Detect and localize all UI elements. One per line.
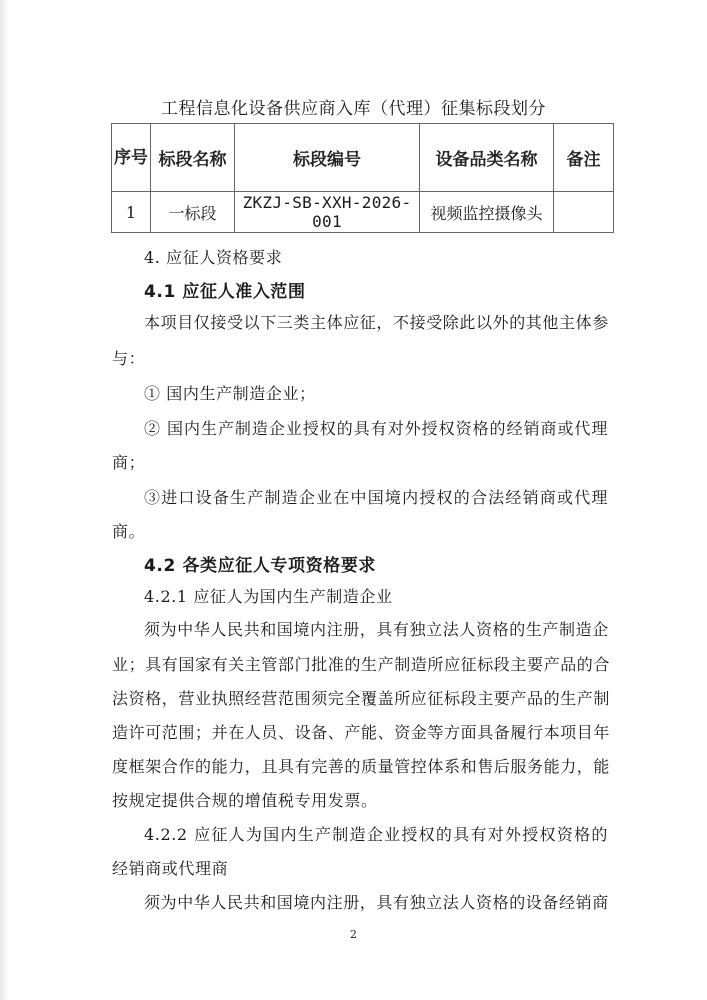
- header-index: 序号: [112, 124, 151, 192]
- paragraph-line: 业；具有国家有关主管部门批准的生产制造所应征标段主要产品的合: [112, 652, 608, 675]
- table-title: 工程信息化设备供应商入库（代理）征集标段划分: [0, 94, 707, 119]
- paragraph-line: 造许可范围；并在人员、设备、产能、资金等方面具备履行本项目年: [112, 720, 608, 743]
- paragraph-line: 按规定提供合规的增值税专用发票。: [112, 788, 378, 811]
- intro-line-1: 本项目仅接受以下三类主体应征，不接受除此以外的其他主体参: [112, 310, 608, 333]
- header-remarks: 备注: [554, 124, 614, 192]
- list-item-3-line-2: 商。: [112, 519, 145, 542]
- section-4-2-1-heading: 4.2.1 应征人为国内生产制造企业: [144, 584, 393, 607]
- paragraph-line: 须为中华人民共和国境内注册，具有独立法人资格的生产制造企: [112, 617, 608, 640]
- section-4-1-heading: 4.1 应征人准入范围: [144, 277, 306, 302]
- paragraph-line: 须为中华人民共和国境内注册，具有独立法人资格的设备经销商: [112, 890, 608, 913]
- page-number: 2: [0, 928, 707, 941]
- paragraph-line: 法资格，营业执照经营范围须完全覆盖所应征标段主要产品的生产制: [112, 686, 608, 709]
- section-4-2-heading: 4.2 各类应征人专项资格要求: [144, 551, 376, 576]
- list-item-3-line-1: ③进口设备生产制造企业在中国境内授权的合法经销商或代理: [112, 485, 608, 508]
- section-4-heading: 4. 应征人资格要求: [144, 245, 282, 268]
- list-item-2-line-2: 商；: [112, 450, 145, 473]
- cell-equipment-category: 视频监控摄像头: [420, 192, 554, 233]
- cell-segment-code: ZKZJ-SB-XXH-2026-001: [235, 192, 420, 233]
- header-segment-code: 标段编号: [235, 124, 420, 192]
- list-item-1: ① 国内生产制造企业；: [144, 381, 316, 404]
- header-segment-name: 标段名称: [151, 124, 235, 192]
- cell-index: 1: [112, 192, 151, 233]
- header-equipment-category: 设备品类名称: [420, 124, 554, 192]
- cell-segment-name: 一标段: [151, 192, 235, 233]
- section-4-2-2-heading-line-2: 经销商或代理商: [112, 856, 228, 879]
- cell-remarks: [554, 192, 614, 233]
- table-header-row: 序号 标段名称 标段编号 设备品类名称 备注: [112, 124, 614, 192]
- list-item-2-line-1: ② 国内生产制造企业授权的具有对外授权资格的经销商或代理: [112, 416, 608, 439]
- section-4-2-2-heading-line-1: 4.2.2 应征人为国内生产制造企业授权的具有对外授权资格的: [112, 822, 608, 845]
- intro-line-2: 与：: [112, 346, 145, 369]
- page-edge-shadow: [0, 0, 8, 1000]
- segment-table: 序号 标段名称 标段编号 设备品类名称 备注 1 一标段 ZKZJ-SB-XXH…: [111, 123, 614, 233]
- paragraph-line: 度框架合作的能力，且具有完善的质量管控体系和售后服务能力，能: [112, 754, 608, 777]
- table-row: 1 一标段 ZKZJ-SB-XXH-2026-001 视频监控摄像头: [112, 192, 614, 233]
